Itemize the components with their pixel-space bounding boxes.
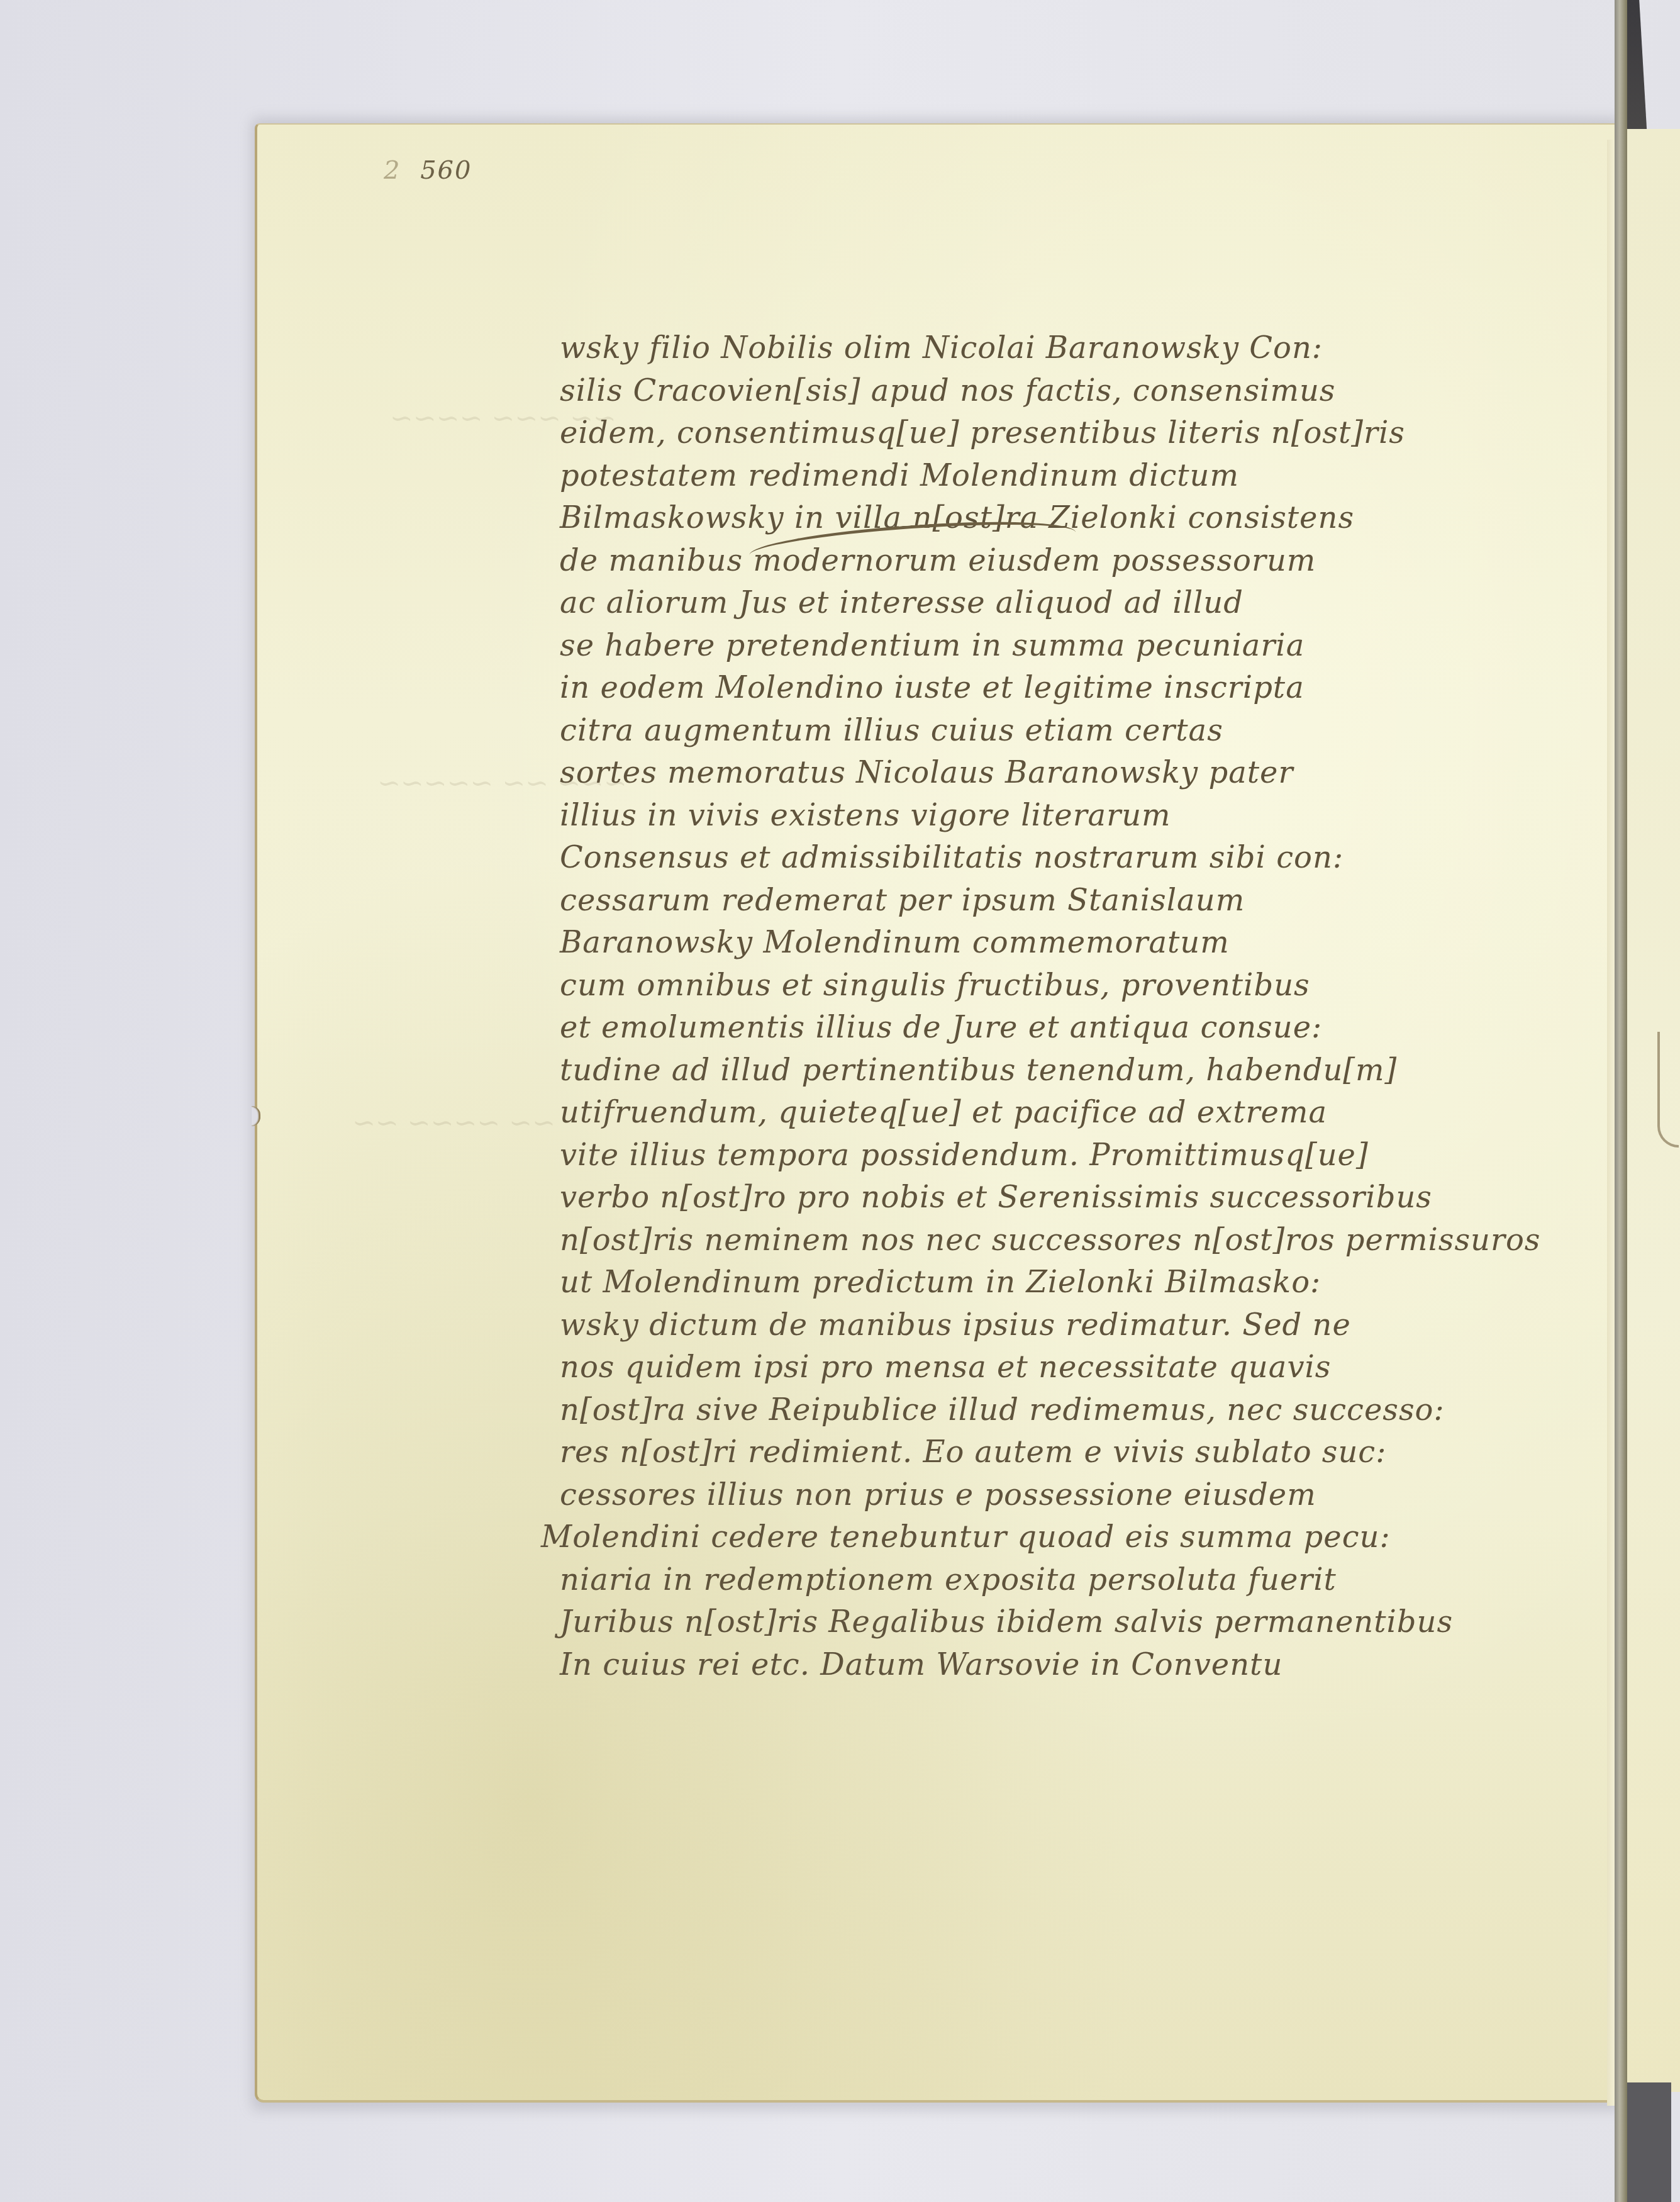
text-line: vite illius tempora possidendum. Promitt… (560, 1134, 1566, 1177)
text-line: sortes memoratus Nicolaus Baranowsky pat… (560, 752, 1566, 795)
text-line: In cuius rei etc. Datum Warsovie in Conv… (560, 1644, 1566, 1687)
text-line: ut Molendinum predictum in Zielonki Bilm… (560, 1261, 1566, 1304)
text-line: in eodem Molendino iuste et legitime ins… (560, 667, 1566, 710)
text-line: Consensus et admissibilitatis nostrarum … (560, 837, 1566, 880)
text-line: eidem, consentimusq[ue] presentibus lite… (560, 412, 1566, 455)
text-line: Juribus n[ost]ris Regalibus ibidem salvi… (560, 1601, 1566, 1644)
text-line: illius in vivis existens vigore literaru… (560, 795, 1566, 837)
facing-page-ink-stroke (1657, 1032, 1679, 1148)
text-line: wsky dictum de manibus ipsius redimatur.… (560, 1304, 1566, 1347)
text-line: de manibus modernorum eiusdem possessoru… (560, 540, 1566, 583)
binding-gutter (1607, 0, 1680, 2202)
text-line: silis Cracovien[sis] apud nos factis, co… (560, 370, 1566, 413)
text-line: Molendini cedere tenebuntur quoad eis su… (541, 1516, 1566, 1559)
text-line: cessarum redemerat per ipsum Stanislaum (560, 880, 1566, 922)
text-line: tudine ad illud pertinentibus tenendum, … (560, 1049, 1566, 1092)
text-line: et emolumentis illius de Jure et antiqua… (560, 1007, 1566, 1049)
text-line: n[ost]ris neminem nos nec successores n[… (560, 1219, 1566, 1262)
text-line: n[ost]ra sive Reipublice illud redimemus… (560, 1389, 1566, 1432)
text-line: utifruendum, quieteq[ue] et pacifice ad … (560, 1092, 1566, 1134)
text-line: niaria in redemptionem exposita persolut… (560, 1559, 1566, 1602)
text-line: wsky filio Nobilis olim Nicolai Baranows… (560, 327, 1566, 370)
text-line: se habere pretendentium in summa pecunia… (560, 625, 1566, 668)
text-line: ac aliorum Jus et interesse aliquod ad i… (560, 582, 1566, 625)
text-line: verbo n[ost]ro pro nobis et Serenissimis… (560, 1176, 1566, 1219)
text-line: cum omnibus et singulis fructibus, prove… (560, 964, 1566, 1007)
binding-spine (1615, 0, 1627, 2202)
text-line: nos quidem ipsi pro mensa et necessitate… (560, 1346, 1566, 1389)
bleed-through-text: ~~ ~~~~ ~~ (352, 1107, 555, 1139)
text-line: Baranowsky Molendinum commemoratum (560, 922, 1566, 964)
text-line: citra augmentum illius cuius etiam certa… (560, 710, 1566, 752)
folio-mark: 2 (384, 156, 401, 185)
binding-shadow-bottom (1627, 2082, 1671, 2202)
binding-shadow-top (1627, 0, 1647, 138)
leaf-right-edge (1607, 140, 1615, 2106)
text-line: potestatem redimendi Molendinum dictum (560, 455, 1566, 498)
folio-number: 2 560 (384, 156, 472, 185)
text-line: cessores illius non prius e possessione … (560, 1474, 1566, 1517)
text-line: res n[ost]ri redimient. Eo autem e vivis… (560, 1431, 1566, 1474)
folio-number-value: 560 (420, 156, 472, 185)
